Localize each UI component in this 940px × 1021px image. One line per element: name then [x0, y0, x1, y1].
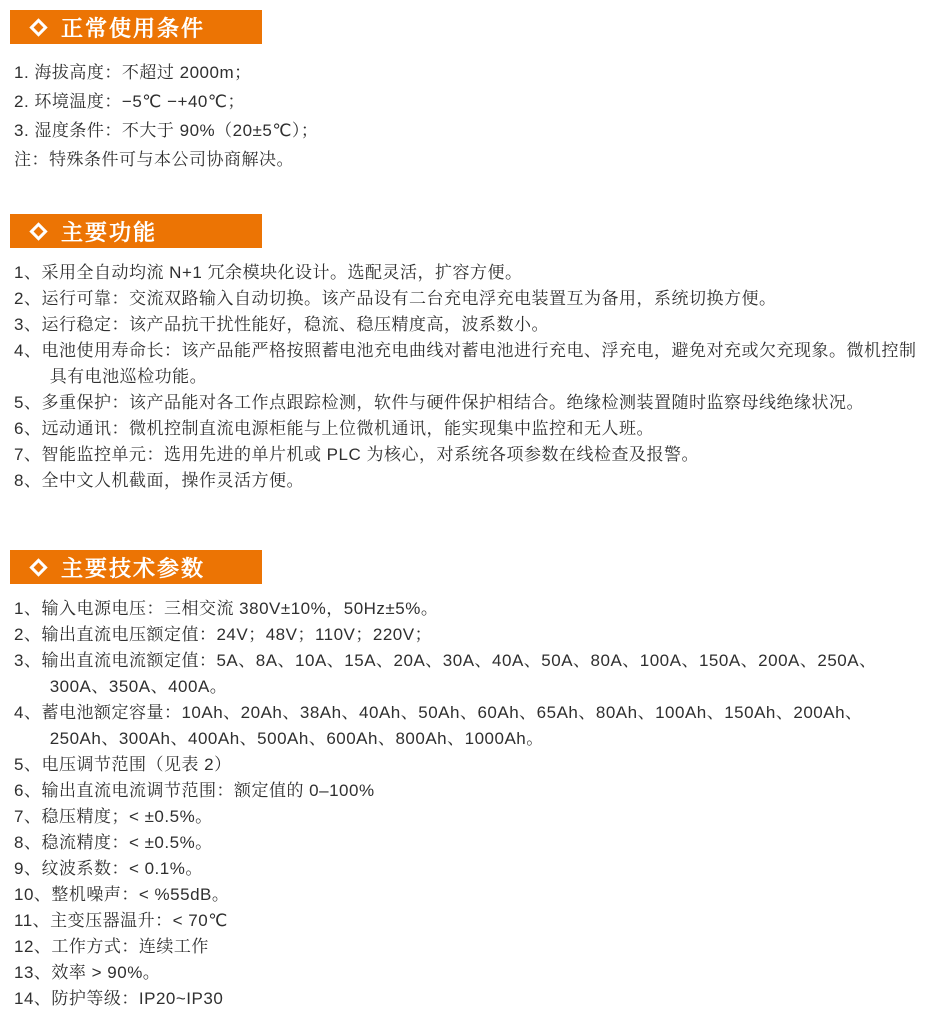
- text-line: 3、运行稳定：该产品抗干扰性能好，稳流、稳压精度高，波系数小。: [14, 312, 928, 338]
- diamond-icon: [29, 18, 47, 36]
- text-line: 4、电池使用寿命长：该产品能严格按照蓄电池充电曲线对蓄电池进行充电、浮充电，避免…: [14, 338, 928, 390]
- text-line: 5、电压调节范围（见表 2）: [14, 752, 928, 778]
- text-line: 1、输入电源电压：三相交流 380V±10%，50Hz±5%。: [14, 596, 928, 622]
- section-body: 1. 海拔高度：不超过 2000m；2. 环境温度：−5℃ −+40℃；3. 湿…: [10, 58, 928, 174]
- text-line: 2. 环境温度：−5℃ −+40℃；: [14, 87, 928, 116]
- text-line: 8、稳流精度：< ±0.5%。: [14, 830, 928, 856]
- text-line: 5、多重保护：该产品能对各工作点跟踪检测，软件与硬件保护相结合。绝缘检测装置随时…: [14, 390, 928, 416]
- section-header-normal-use-conditions: 正常使用条件: [10, 10, 262, 44]
- section-title: 主要功能: [61, 216, 157, 247]
- text-line: 4、蓄电池额定容量：10Ah、20Ah、38Ah、40Ah、50Ah、60Ah、…: [14, 700, 928, 752]
- text-line: 13、效率 > 90%。: [14, 960, 928, 986]
- section-title: 正常使用条件: [61, 12, 205, 43]
- text-line: 注：特殊条件可与本公司协商解决。: [14, 145, 928, 174]
- text-line: 2、运行可靠：交流双路输入自动切换。该产品设有二台充电浮充电装置互为备用，系统切…: [14, 286, 928, 312]
- text-line: 10、整机噪声：< %55dB。: [14, 882, 928, 908]
- section-header-main-technical-parameters: 主要技术参数: [10, 550, 262, 584]
- section-title: 主要技术参数: [61, 552, 205, 583]
- diamond-icon: [29, 222, 47, 240]
- section-normal-use-conditions: 正常使用条件 1. 海拔高度：不超过 2000m；2. 环境温度：−5℃ −+4…: [10, 10, 928, 174]
- text-line: 7、稳压精度；< ±0.5%。: [14, 804, 928, 830]
- section-body: 1、输入电源电压：三相交流 380V±10%，50Hz±5%。2、输出直流电压额…: [10, 596, 928, 1012]
- diamond-icon: [29, 558, 47, 576]
- text-line: 14、防护等级：IP20~IP30: [14, 986, 928, 1012]
- section-main-technical-parameters: 主要技术参数 1、输入电源电压：三相交流 380V±10%，50Hz±5%。2、…: [10, 550, 928, 1012]
- text-line: 1. 海拔高度：不超过 2000m；: [14, 58, 928, 87]
- text-line: 8、全中文人机截面，操作灵活方便。: [14, 468, 928, 494]
- text-line: 6、远动通讯：微机控制直流电源柜能与上位微机通讯，能实现集中监控和无人班。: [14, 416, 928, 442]
- section-body: 1、采用全自动均流 N+1 冗余模块化设计。选配灵活，扩容方便。2、运行可靠：交…: [10, 260, 928, 494]
- document-page: 正常使用条件 1. 海拔高度：不超过 2000m；2. 环境温度：−5℃ −+4…: [0, 0, 940, 1012]
- section-main-functions: 主要功能 1、采用全自动均流 N+1 冗余模块化设计。选配灵活，扩容方便。2、运…: [10, 214, 928, 494]
- text-line: 12、工作方式：连续工作: [14, 934, 928, 960]
- text-line: 9、纹波系数：< 0.1%。: [14, 856, 928, 882]
- text-line: 1、采用全自动均流 N+1 冗余模块化设计。选配灵活，扩容方便。: [14, 260, 928, 286]
- text-line: 2、输出直流电压额定值：24V；48V；110V；220V；: [14, 622, 928, 648]
- section-header-main-functions: 主要功能: [10, 214, 262, 248]
- text-line: 3. 湿度条件：不大于 90%（20±5℃）；: [14, 116, 928, 145]
- text-line: 3、输出直流电流额定值：5A、8A、10A、15A、20A、30A、40A、50…: [14, 648, 928, 700]
- text-line: 7、智能监控单元：选用先进的单片机或 PLC 为核心，对系统各项参数在线检查及报…: [14, 442, 928, 468]
- text-line: 11、主变压器温升：< 70℃: [14, 908, 928, 934]
- text-line: 6、输出直流电流调节范围：额定值的 0–100%: [14, 778, 928, 804]
